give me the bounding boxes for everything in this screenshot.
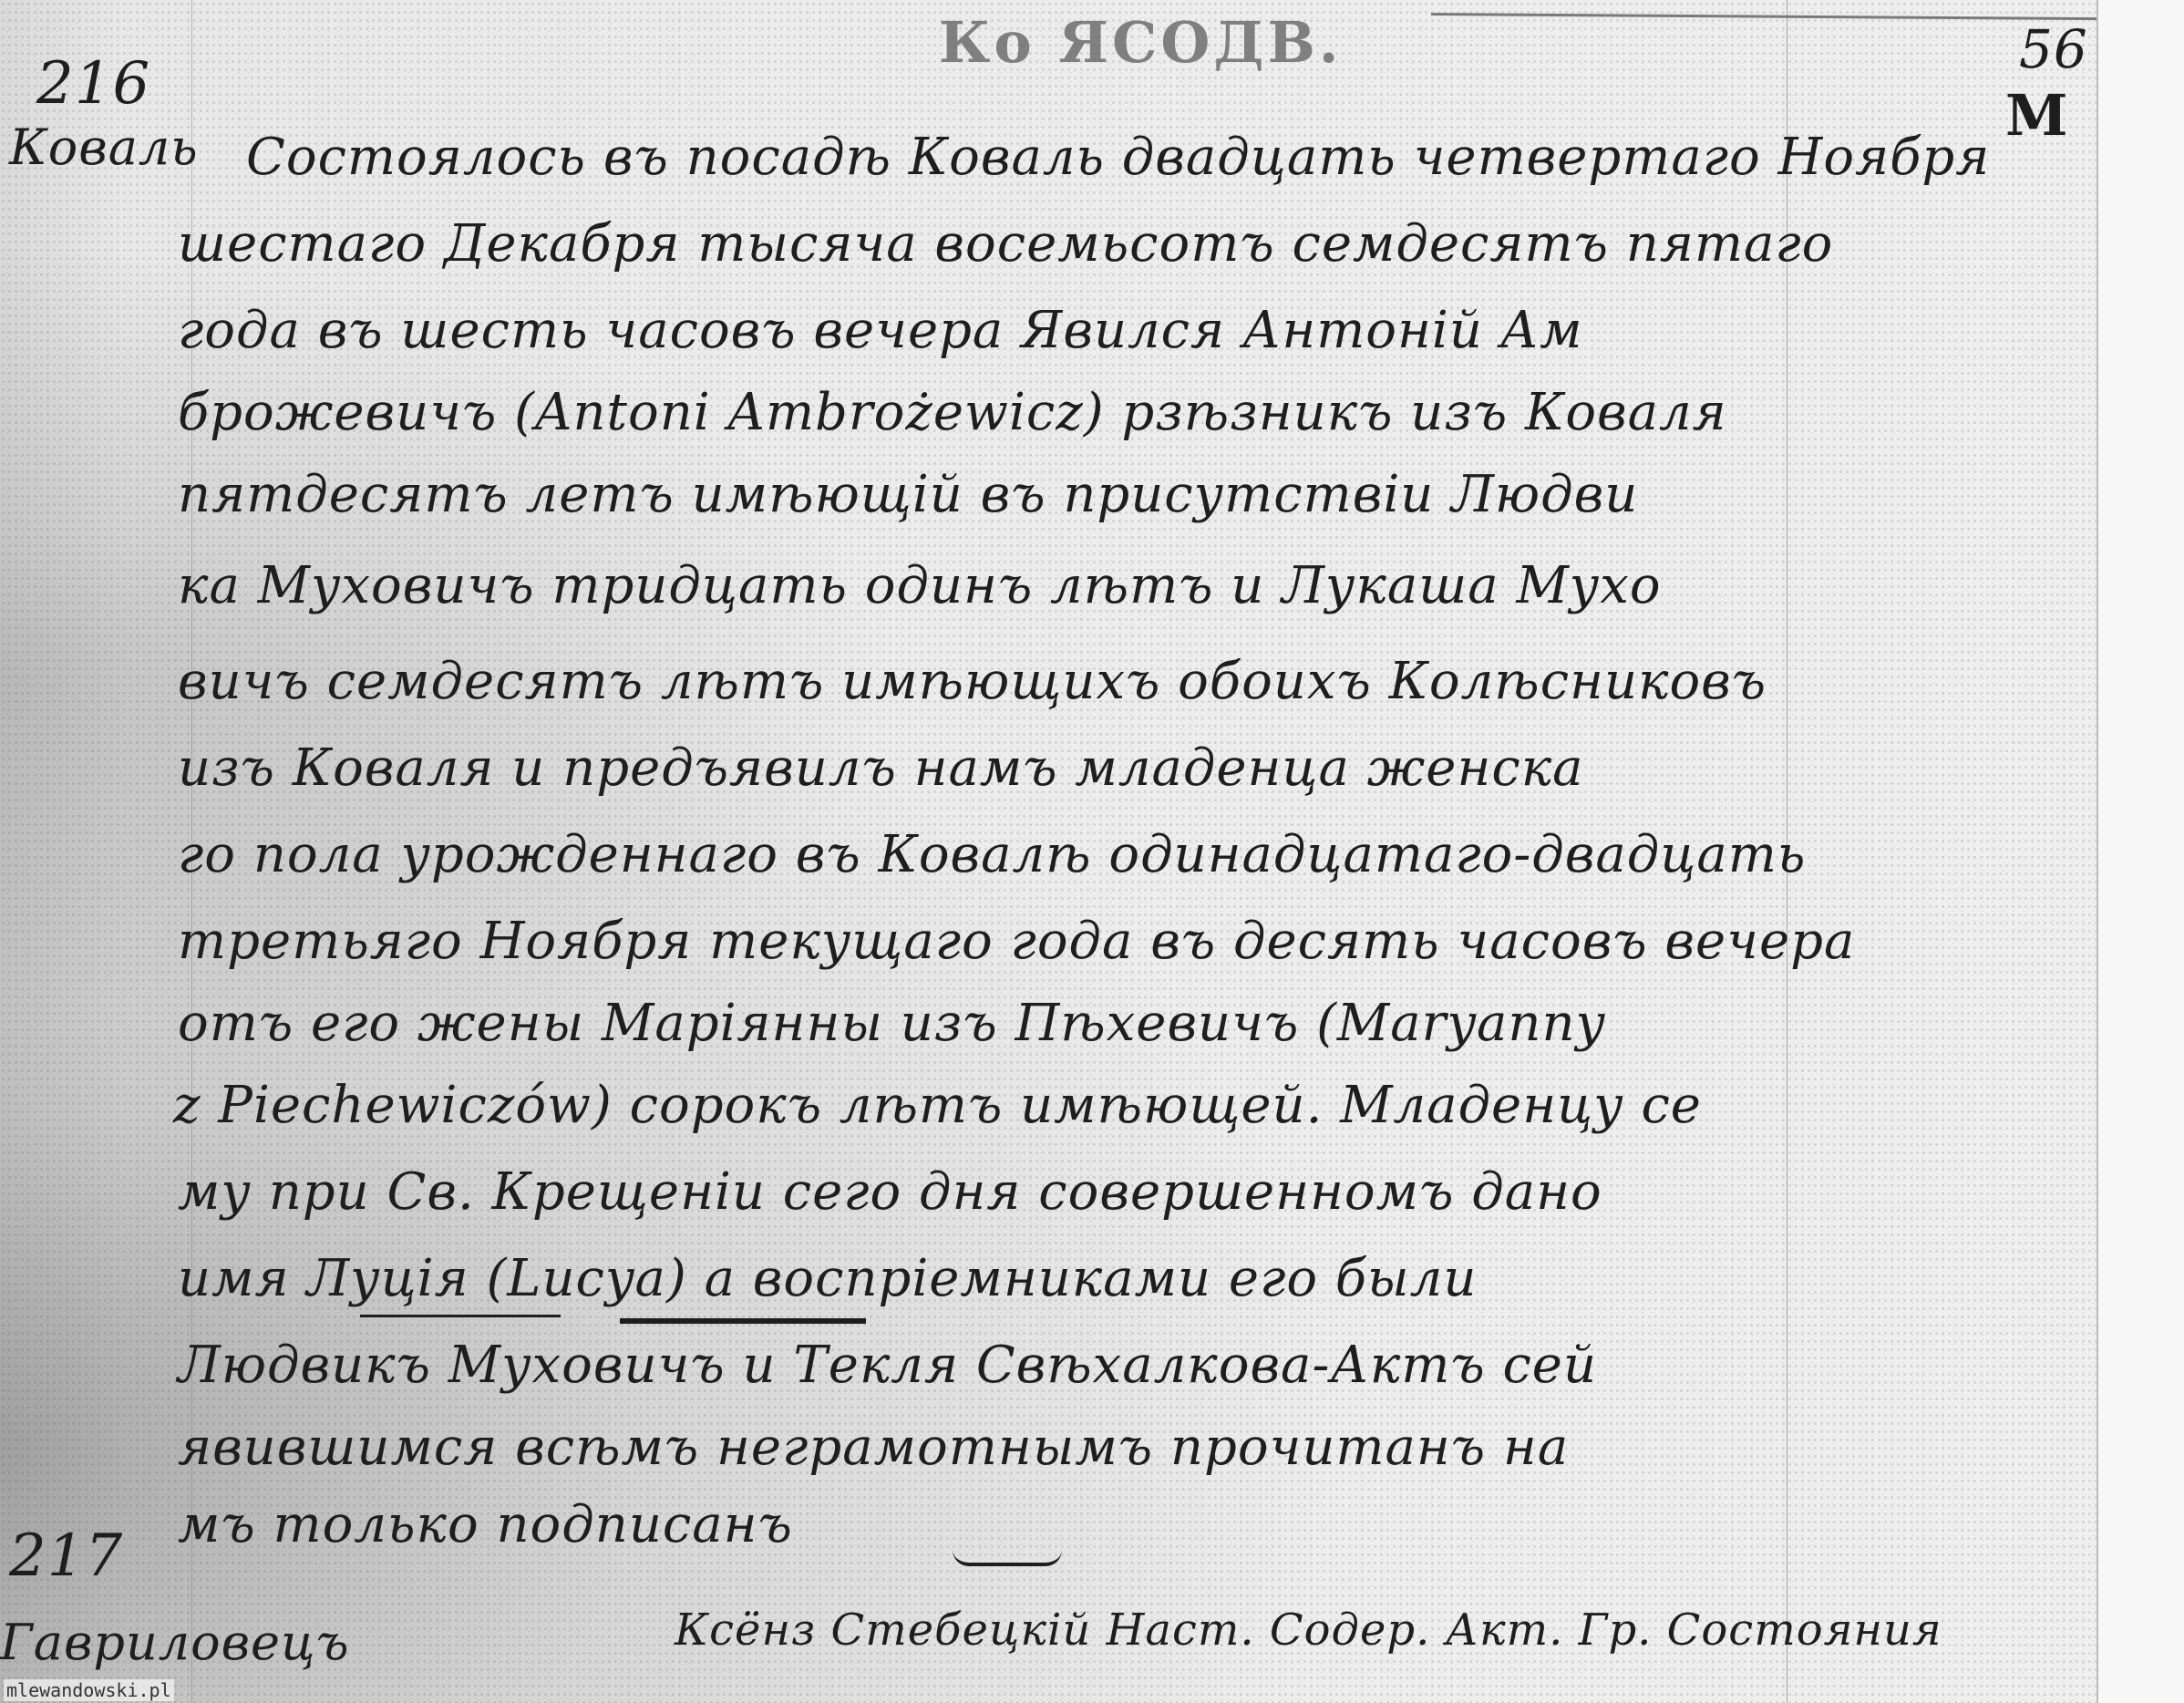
record-line-13: му при Св. Крещеніи сего дня совершенном… — [178, 1162, 1602, 1222]
page-number: 56 — [2019, 18, 2088, 80]
record-line-9: го пола урожденнаго въ Ковалѣ одинадцата… — [178, 825, 1806, 884]
record-line-6: ка Муховичъ тридцать одинъ лѣтъ и Лукаша… — [178, 556, 1662, 615]
record-line-2: шестаго Декабря тысяча восемьсотъ семдес… — [178, 214, 1833, 274]
record-line-16: явившимся всѣмъ неграмотнымъ прочитанъ н… — [178, 1418, 1569, 1477]
flourish — [953, 1550, 1062, 1566]
record-line-4: брожевичъ (Antoni Ambrożewicz) рзѣзникъ … — [178, 383, 1727, 442]
record-line-12: z Piechewiczów) сорокъ лѣтъ имѣющей. Мла… — [173, 1076, 1702, 1135]
record-line-1: Состоялось въ посадѣ Коваль двадцать чет… — [246, 128, 1990, 187]
priest-signature: Ксёнз Стебецкій Наст. Содер. Акт. Гр. Со… — [675, 1605, 1942, 1656]
record-line-11: отъ его жены Маріянны изъ Пѣхевичъ (Mary… — [178, 994, 1605, 1053]
record-line-14: имя Луція (Lucya) а воспріемниками его б… — [178, 1249, 1477, 1308]
scanner-margin — [2096, 0, 2184, 1703]
watermark: mlewandowski.pl — [4, 1679, 174, 1701]
header-stamp: Ко ЯСОДВ. — [939, 9, 1342, 76]
entry-place: Коваль — [9, 119, 199, 176]
record-line-8: изъ Коваля и предъявилъ намъ младенца же… — [178, 738, 1584, 798]
entry-place-next: Гавриловецъ — [0, 1614, 350, 1671]
underline-child-name-latin — [620, 1318, 866, 1324]
record-line-15: Людвикъ Муховичъ и Текля Свѣхалкова-Актъ… — [178, 1336, 1597, 1395]
underline-child-name-cyrillic — [360, 1315, 561, 1317]
record-line-5: пятдесятъ летъ имѣющій въ присутствіи Лю… — [178, 465, 1638, 524]
record-line-14-text: имя Луція (Lucya) а воспріемниками его б… — [178, 1249, 1477, 1308]
record-line-17: мъ только подписанъ — [178, 1495, 793, 1554]
record-line-7: вичъ семдесятъ лѣтъ имѣющихъ обоихъ Колѣ… — [178, 652, 1767, 711]
record-line-10: третьяго Ноября текущаго года въ десять … — [178, 912, 1855, 971]
entry-number-next: 217 — [9, 1522, 123, 1590]
page-mark: M — [2005, 82, 2069, 149]
entry-number: 216 — [36, 50, 150, 118]
record-line-3: года въ шесть часовъ вечера Явился Антон… — [178, 301, 1583, 360]
